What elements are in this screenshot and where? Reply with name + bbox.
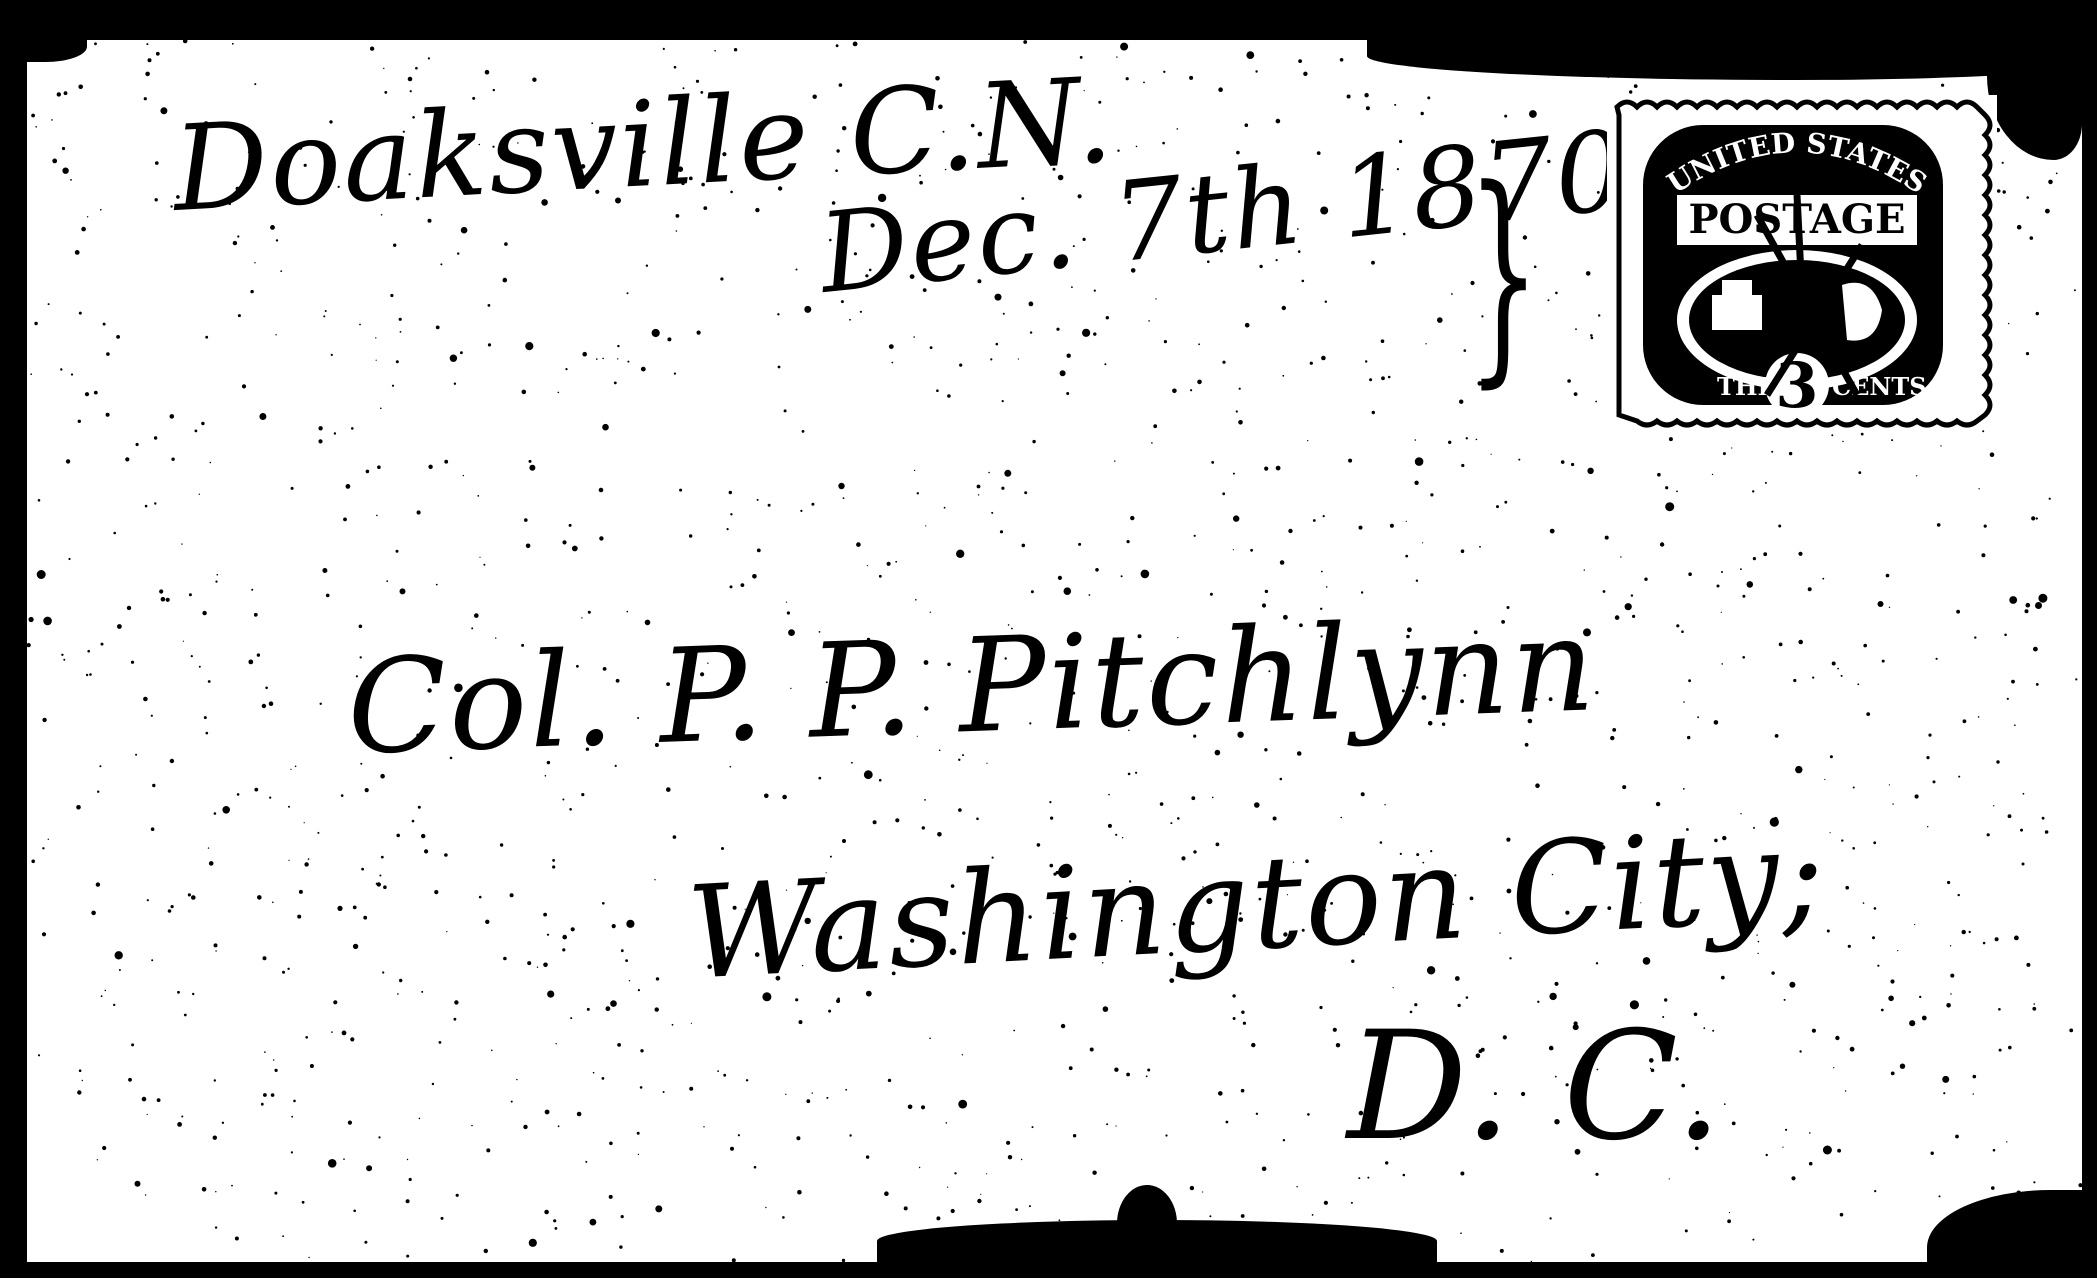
postage-stamp: UNITED STATES POSTAGE THREE CENTS 3	[1607, 95, 1997, 430]
brace-mark: }	[1467, 160, 1540, 390]
addressee-district: D. C.	[1347, 1000, 1724, 1174]
stamp-numeral: 3	[1775, 349, 1818, 422]
stain-bottom-peak	[1117, 1185, 1177, 1262]
scan-edge-strip	[0, 1278, 2097, 1287]
stamp-artwork: UNITED STATES POSTAGE THREE CENTS 3	[1607, 95, 1997, 430]
envelope: Doaksville C.N. Dec. 7th 1870. } UNITED …	[27, 40, 2082, 1262]
